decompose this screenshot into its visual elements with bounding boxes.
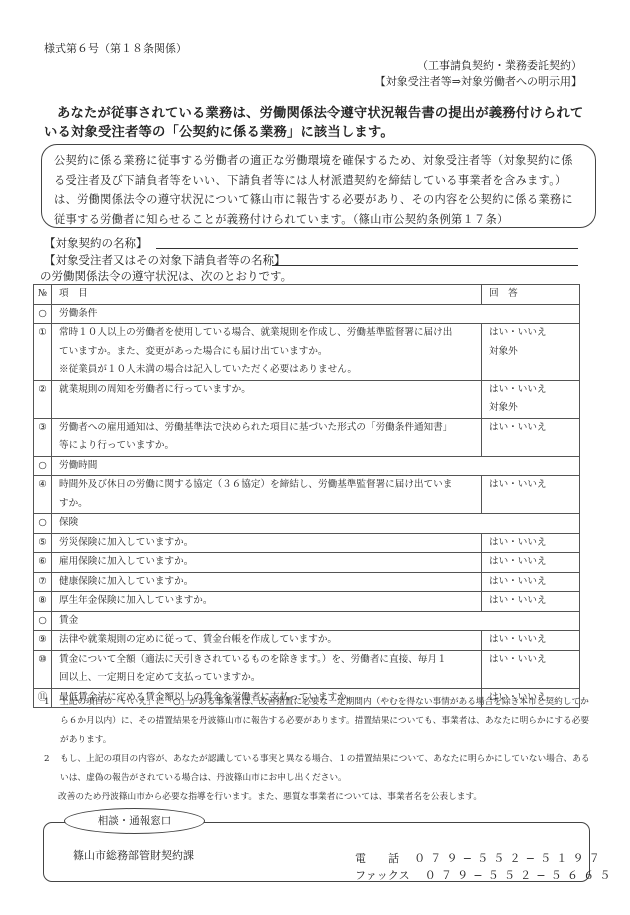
item-number: ⑦ [34,572,52,592]
display-use-label: 【対象受注者等⇒対象労働者への明示用】 [375,73,582,89]
item-question: 健康保険に加入していますか。 [52,572,482,592]
category-label: 賃金 [52,611,580,631]
table-category-row: ○保険 [34,514,580,534]
table-category-row: ○賃金 [34,611,580,631]
answer-yes-no[interactable]: はい・いいえ [489,651,579,670]
answer-cell[interactable]: はい・いいえ対象外 [482,380,580,418]
contract-name-label: 【対象契約の名称】 [44,235,148,251]
note-text: もし、上記の項目の内容が、あなたが認識している事実と異なる場合、１の措置結果につ… [60,754,590,783]
table-category-row: ○労働条件 [34,304,580,324]
fax-number: ０７９−５５２−５６６５ [425,869,616,882]
answer-cell[interactable]: はい・いいえ [482,533,580,553]
item-question: 常時１０人以上の労働者を使用している場合、就業規則を作成し、労働基準監督署に届け… [52,324,482,381]
answer-yes-no[interactable]: はい・いいえ [489,573,579,592]
item-number: ④ [34,476,52,514]
category-marker: ○ [34,611,52,631]
table-row: ③労働者への雇用通知は、労働基準法で決められた項目に基づいた形式の「労働条件通知… [34,418,580,456]
category-label: 保険 [52,514,580,534]
question-line: 時間外及び休日の労働に関する協定（３６協定）を締結し、労働基準監督署に届け出てい… [59,476,481,495]
question-line: 等により行っていますか。 [59,437,481,456]
note-number: 1 [44,693,50,712]
question-line: ていますか。また、変更があった場合にも届け出ていますか。 [59,343,481,362]
item-number: ⑩ [34,650,52,688]
header-answer: 回 答 [482,285,580,305]
table-row: ⑧厚生年金保険に加入していますか。はい・いいえ [34,592,580,612]
contractor-name-field[interactable] [272,265,578,266]
answer-cell[interactable]: はい・いいえ [482,418,580,456]
answer-cell[interactable]: はい・いいえ対象外 [482,324,580,381]
answer-cell[interactable]: はい・いいえ [482,650,580,688]
answer-yes-no[interactable]: はい・いいえ [489,534,579,553]
form-number: 様式第６号（第１８条関係） [44,40,187,56]
category-label: 労働時間 [52,456,580,476]
answer-cell[interactable]: はい・いいえ [482,476,580,514]
contract-type: （工事請負契約・業務委託契約） [417,57,582,73]
answer-not-applicable[interactable]: 対象外 [489,399,579,418]
item-question: 賃金について全額（適法に天引きされているものを除きます。）を、労働者に直接、毎月… [52,650,482,688]
item-question: 就業規則の周知を労働者に行っていますか。 [52,380,482,418]
category-marker: ○ [34,304,52,324]
item-question: 時間外及び休日の労働に関する協定（３６協定）を締結し、労働基準監督署に届け出てい… [52,476,482,514]
question-line: 労災保険に加入していますか。 [59,534,481,553]
question-line: 健康保険に加入していますか。 [59,573,481,592]
question-line: ※従業員が１０人未満の場合は記入していただく必要はありません。 [59,361,481,380]
header-no: № [34,285,52,305]
item-number: ⑤ [34,533,52,553]
question-line: 常時１０人以上の労働者を使用している場合、就業規則を作成し、労働基準監督署に届け… [59,324,481,343]
answer-cell[interactable]: はい・いいえ [482,553,580,573]
item-question: 雇用保険に加入していますか。 [52,553,482,573]
answer-cell[interactable]: はい・いいえ [482,631,580,651]
table-category-row: ○労働時間 [34,456,580,476]
answer-cell[interactable]: はい・いいえ [482,572,580,592]
table-row: ②就業規則の周知を労働者に行っていますか。はい・いいえ対象外 [34,380,580,418]
question-line: 就業規則の周知を労働者に行っていますか。 [59,381,481,400]
question-line: 賃金について全額（適法に天引きされているものを除きます。）を、労働者に直接、毎月… [59,651,481,670]
item-question: 法律や就業規則の定めに従って、賃金台帳を作成していますか。 [52,631,482,651]
answer-cell[interactable]: はい・いいえ [482,592,580,612]
answer-yes-no[interactable]: はい・いいえ [489,476,579,495]
question-line: 回以上、一定期日を定めて支払っていますか。 [59,669,481,688]
notice-text: 公契約に係る業務に従事する労働者の適正な労働環境を確保するため、対象受注者等（対… [54,151,583,229]
table-row: ⑨法律や就業規則の定めに従って、賃金台帳を作成していますか。はい・いいえ [34,631,580,651]
fax-row: ファックス ０７９−５５２−５６６５ [355,864,616,883]
note-2: 2 もし、上記の項目の内容が、あなたが認識している事実と異なる場合、１の措置結果… [44,750,594,788]
answer-yes-no[interactable]: はい・いいえ [489,592,579,611]
notes-section: 1 上記の項目の「いいえ」に「○」がある事業者は、改善措置に必要な一定期間内（や… [44,693,594,807]
answer-yes-no[interactable]: はい・いいえ [489,631,579,650]
item-number: ⑧ [34,592,52,612]
note-number: 2 [44,750,50,769]
note-1: 1 上記の項目の「いいえ」に「○」がある事業者は、改善措置に必要な一定期間内（や… [44,693,594,750]
note-text: 上記の項目の「いいえ」に「○」がある事業者は、改善措置に必要な一定期間内（やむを… [60,697,589,745]
question-line: 雇用保険に加入していますか。 [59,553,481,572]
item-question: 労災保険に加入していますか。 [52,533,482,553]
answer-not-applicable[interactable]: 対象外 [489,343,579,362]
contact-title: 相談・通報窓口 [64,808,205,834]
item-number: ⑥ [34,553,52,573]
question-line: すか。 [59,495,481,514]
lead-text: あなたが従事されている業務は、労働関係法令遵守状況報告書の提出が義務付けられてい… [44,106,583,140]
question-line: 厚生年金保険に加入していますか。 [59,592,481,611]
question-line: 法律や就業規則の定めに従って、賃金台帳を作成していますか。 [59,631,481,650]
category-marker: ○ [34,456,52,476]
answer-yes-no[interactable]: はい・いいえ [489,419,579,438]
notice-box: 公契約に係る業務に従事する労働者の適正な労働環境を確保するため、対象受注者等（対… [41,144,596,228]
item-question: 労働者への雇用通知は、労働基準法で決められた項目に基づいた形式の「労働条件通知書… [52,418,482,456]
table-row: ⑦健康保険に加入していますか。はい・いいえ [34,572,580,592]
contractor-name-label: 【対象受注者又はその対象下請負者等の名称】 [44,252,286,268]
table-header-row: № 項 目 回 答 [34,285,580,305]
compliance-table: № 項 目 回 答 ○労働条件①常時１０人以上の労働者を使用している場合、就業規… [33,284,580,708]
table-row: ⑤労災保険に加入していますか。はい・いいえ [34,533,580,553]
item-number: ③ [34,418,52,456]
answer-yes-no[interactable]: はい・いいえ [489,324,579,343]
fax-label: ファックス [355,869,410,882]
question-line: 労働者への雇用通知は、労働基準法で決められた項目に基づいた形式の「労働条件通知書… [59,419,481,438]
intro-sentence: の労働関係法令の遵守状況は、次のとおりです。 [40,268,292,284]
item-question: 厚生年金保険に加入していますか。 [52,592,482,612]
lead-statement: あなたが従事されている業務は、労働関係法令遵守状況報告書の提出が義務付けられてい… [44,104,594,142]
answer-yes-no[interactable]: はい・いいえ [489,381,579,400]
header-item: 項 目 [52,285,482,305]
category-marker: ○ [34,514,52,534]
item-number: ② [34,380,52,418]
table-row: ①常時１０人以上の労働者を使用している場合、就業規則を作成し、労働基準監督署に届… [34,324,580,381]
table-row: ⑩賃金について全額（適法に天引きされているものを除きます。）を、労働者に直接、毎… [34,650,580,688]
contract-name-field[interactable] [156,248,578,249]
table-row: ⑥雇用保険に加入していますか。はい・いいえ [34,553,580,573]
table-row: ④時間外及び休日の労働に関する協定（３６協定）を締結し、労働基準監督署に届け出て… [34,476,580,514]
category-label: 労働条件 [52,304,580,324]
notes-footer: 改善のため丹波篠山市から必要な指導を行います。また、悪質な事業者については、事業… [44,788,594,807]
item-number: ⑨ [34,631,52,651]
item-number: ① [34,324,52,381]
answer-yes-no[interactable]: はい・いいえ [489,553,579,572]
contact-department: 篠山市総務部管財契約課 [73,847,194,863]
